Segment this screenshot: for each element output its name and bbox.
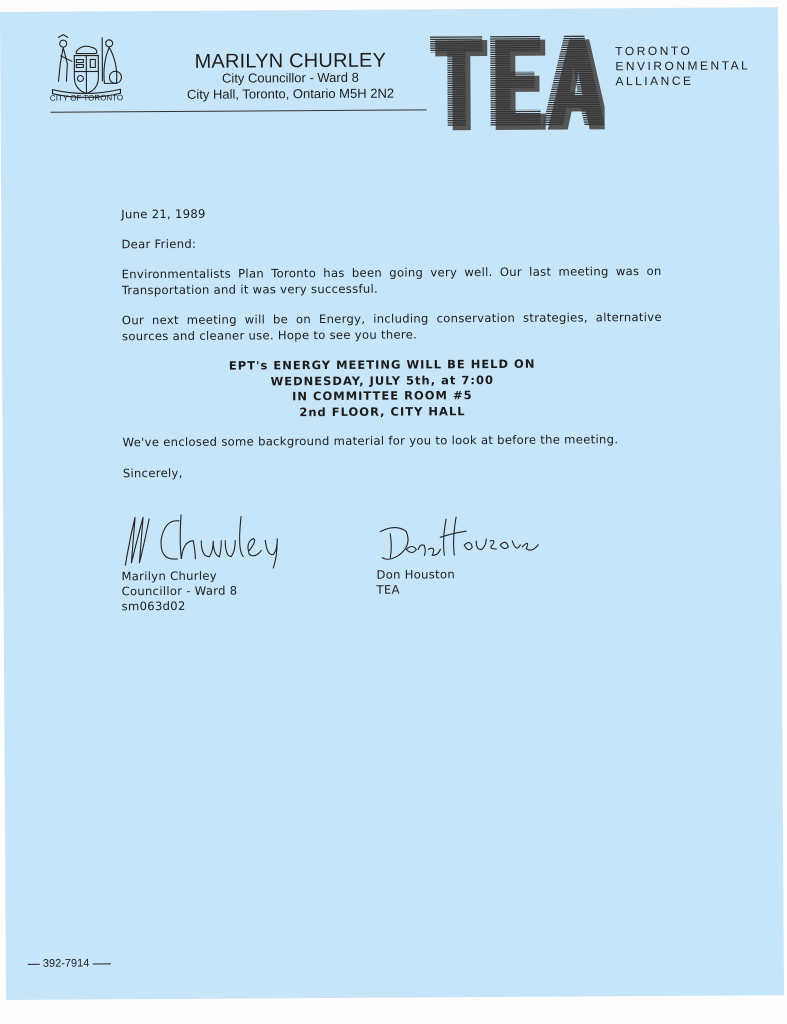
signature-churley-icon — [121, 510, 291, 569]
tea-organization-name: TORONTO ENVIRONMENTAL ALLIANCE — [615, 43, 750, 89]
paragraph: Environmentalists Plan Toronto has been … — [122, 264, 662, 298]
header-divider — [51, 109, 427, 112]
meeting-announcement: EPT's ENERGY MEETING WILL BE HELD ON WED… — [122, 356, 662, 421]
councillor-title: City Councillor - Ward 8 — [150, 69, 430, 86]
signatory-role: Councillor - Ward 8 — [121, 583, 291, 599]
city-of-toronto-crest-icon — [46, 33, 126, 101]
footer-phone: 392-7914 — [28, 957, 111, 970]
councillor-address: City Hall, Toronto, Ontario M5H 2N2 — [150, 85, 430, 102]
signatory-churley: Marilyn Churley Councillor - Ward 8 sm06… — [121, 510, 292, 614]
salutation: Dear Friend: — [121, 233, 661, 252]
closing: Sincerely, — [123, 462, 663, 481]
phone-rule-right — [92, 963, 110, 964]
signatory-name: Don Houston — [376, 567, 546, 583]
phone-number: 392-7914 — [43, 957, 90, 969]
signatory-role: TEA — [376, 582, 546, 598]
signature-houston-icon — [376, 509, 546, 568]
letter-date: June 21, 1989 — [121, 204, 661, 223]
crest-caption: CITY OF TORONTO — [41, 93, 133, 103]
signatory-houston: Don Houston TEA — [376, 509, 547, 598]
document-reference: sm063d02 — [122, 598, 292, 614]
phone-rule-left — [28, 963, 40, 964]
announcement-line: 2nd FLOOR, CITY HALL — [122, 403, 642, 422]
tea-logo-icon — [428, 33, 605, 134]
paragraph: We've enclosed some background material … — [123, 432, 663, 451]
signature-area: Marilyn Churley Councillor - Ward 8 sm06… — [121, 509, 542, 622]
signatory-name: Marilyn Churley — [121, 568, 291, 584]
paragraph: Our next meeting will be on Energy, incl… — [122, 310, 662, 344]
org-line: ALLIANCE — [615, 73, 750, 89]
org-line: ENVIRONMENTAL — [615, 58, 750, 74]
letter-page: CITY OF TORONTO MARILYN CHURLEY City Cou… — [0, 7, 784, 1000]
org-line: TORONTO — [615, 43, 750, 59]
letter-body: June 21, 1989 Dear Friend: Environmental… — [121, 204, 663, 496]
